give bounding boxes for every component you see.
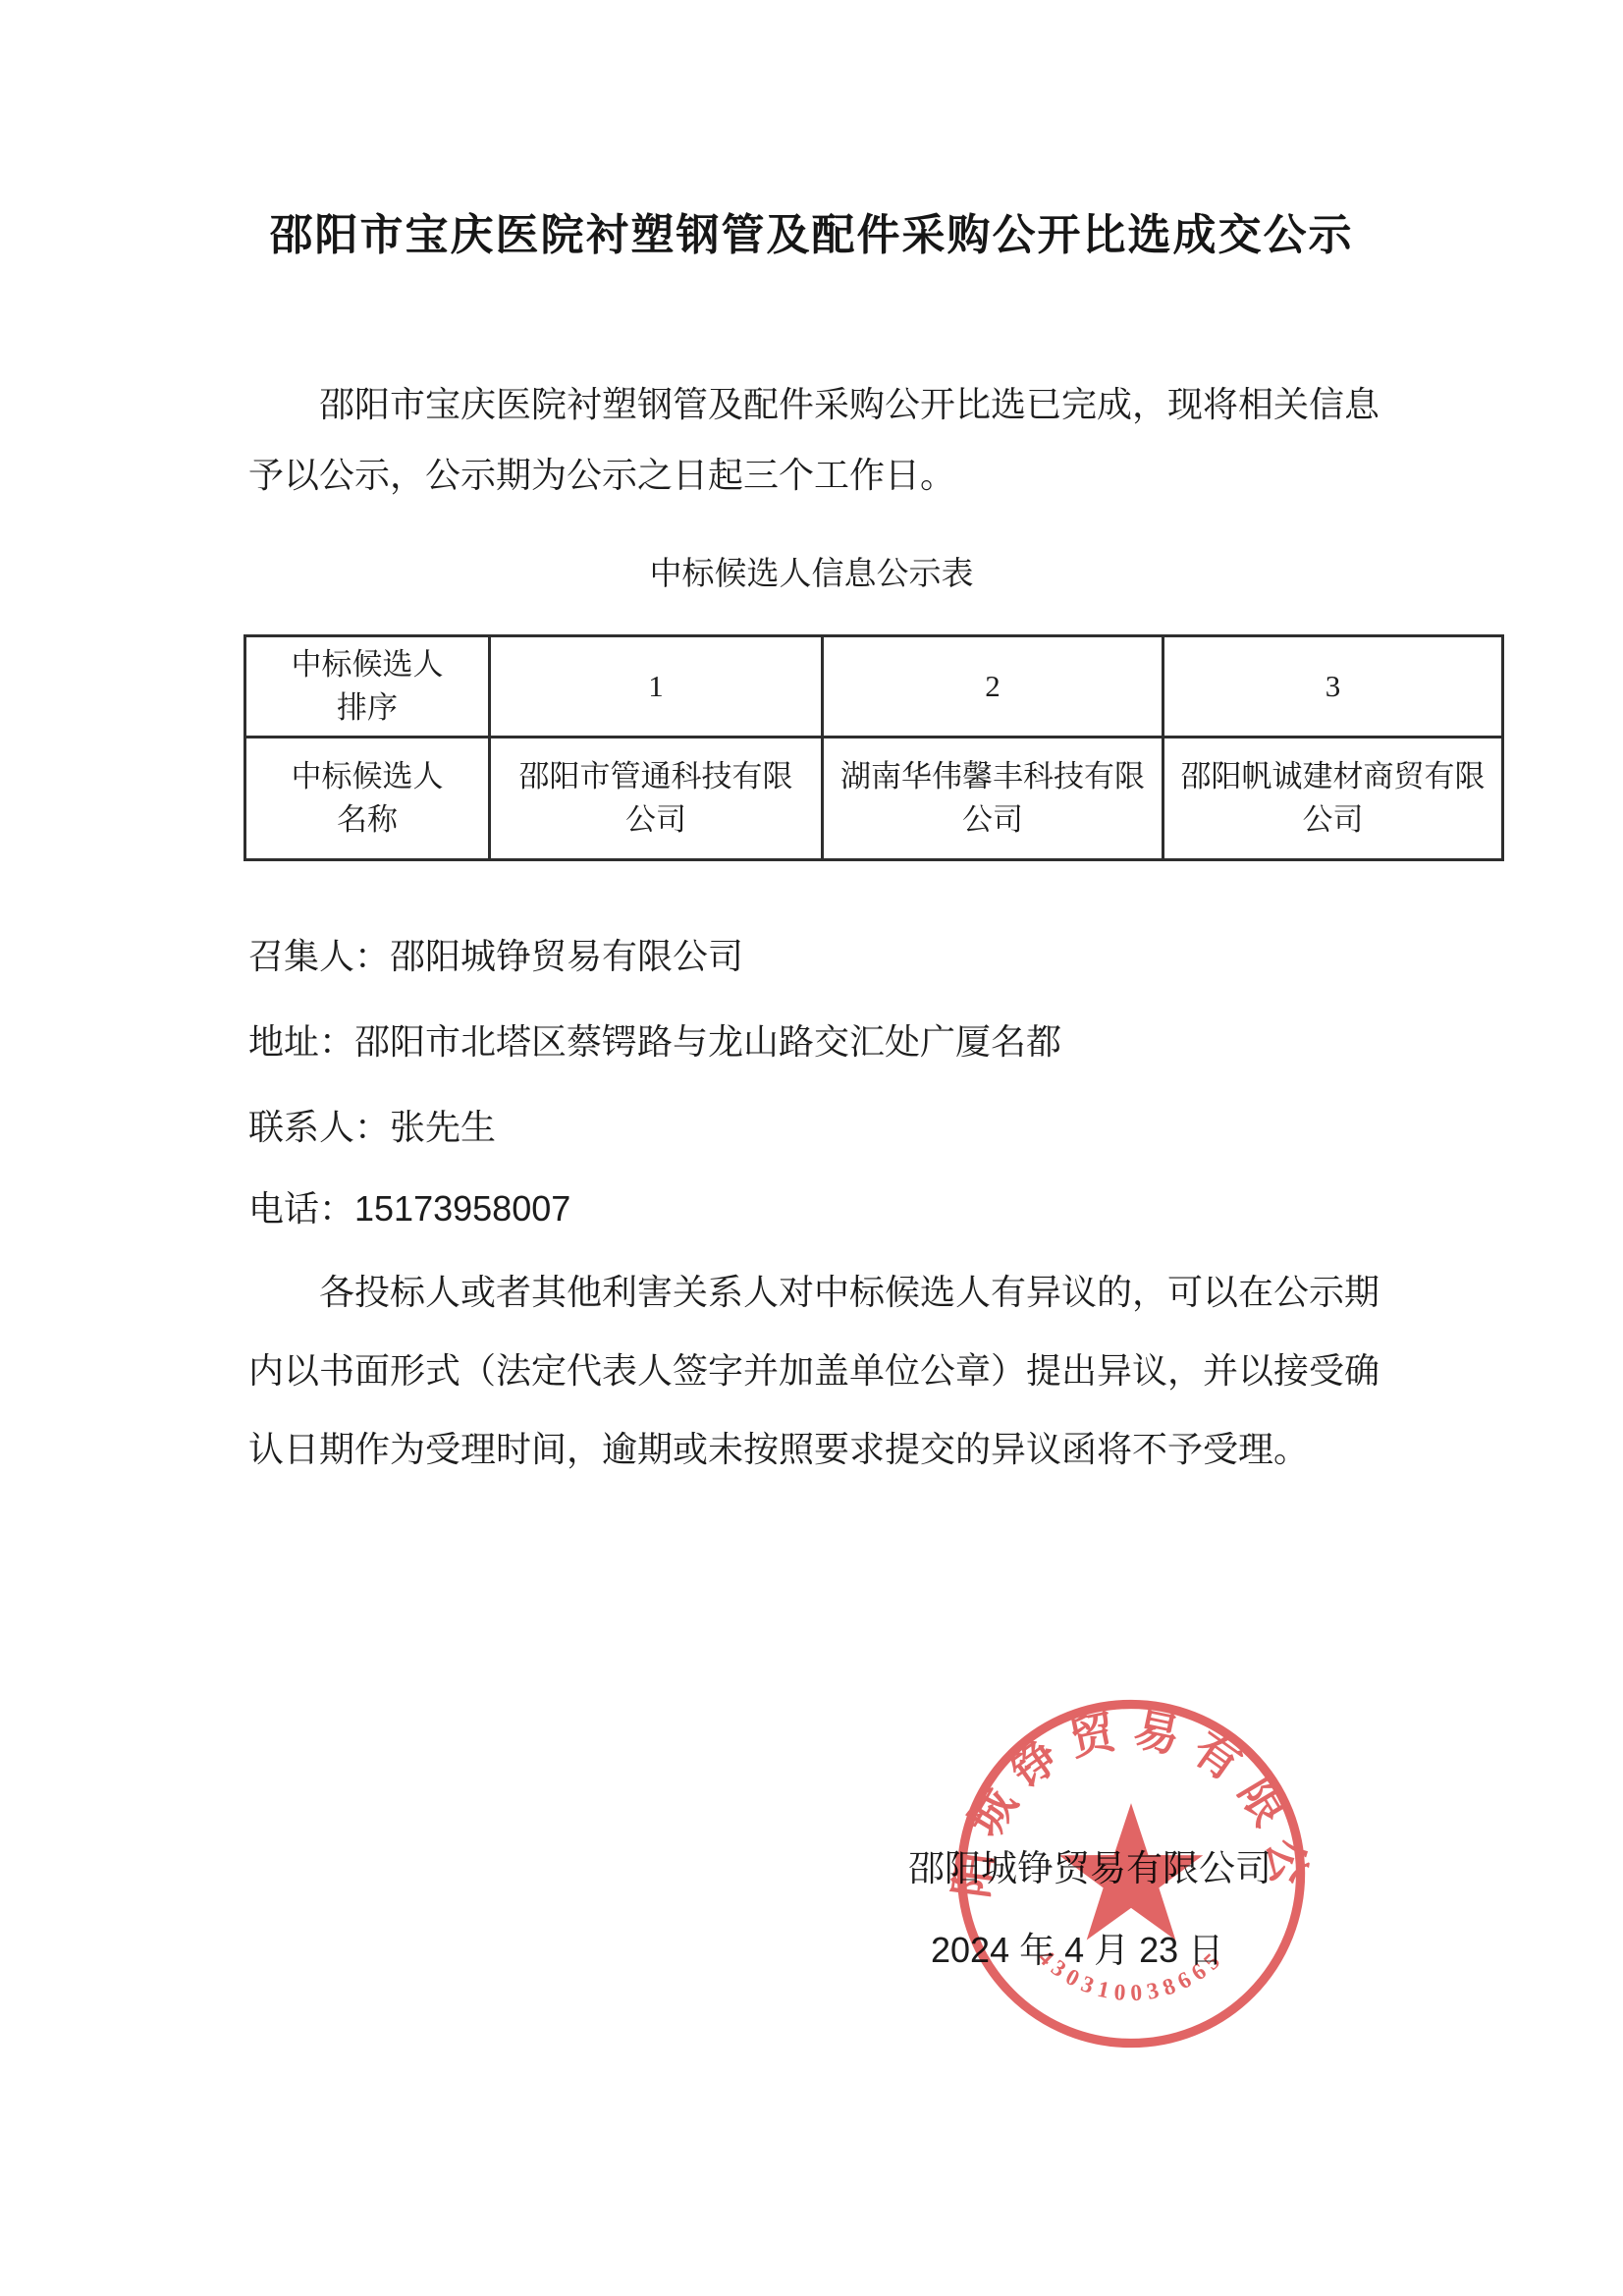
phone-label: 电话：	[248, 1189, 354, 1229]
convener-value: 邵阳城铮贸易有限公司	[390, 937, 743, 976]
candidate-name-2: 湖南华伟馨丰科技有限公司	[823, 738, 1163, 860]
contact-label: 联系人：	[248, 1108, 390, 1147]
rank-cell-3: 3	[1163, 636, 1503, 738]
document-page: 邵阳市宝庆医院衬塑钢管及配件采购公开比选成交公示 邵阳市宝庆医院衬塑钢管及配件采…	[0, 0, 1623, 2296]
convener-label: 召集人：	[248, 937, 390, 976]
phone-line: 电话：15173958007	[248, 1181, 570, 1231]
seal-code-text: 430310038665	[1033, 1944, 1229, 2006]
name-header-line2: 名称	[260, 798, 474, 842]
objection-paragraph: 各投标人或者其他利害关系人对中标候选人有异议的，可以在公示期内以书面形式（法定代…	[248, 1253, 1380, 1489]
table-title: 中标候选人信息公示表	[0, 548, 1623, 594]
rank-header-line1: 中标候选人	[260, 643, 474, 686]
intro-paragraph: 邵阳市宝庆医院衬塑钢管及配件采购公开比选已完成，现将相关信息予以公示，公示期为公…	[248, 369, 1380, 511]
star-icon	[1059, 1803, 1203, 1940]
rank-cell-2: 2	[823, 636, 1163, 738]
address-value: 邵阳市北塔区蔡锷路与龙山路交汇处广厦名都	[354, 1022, 1061, 1062]
table-row: 中标候选人 排序 1 2 3	[245, 636, 1503, 738]
company-seal-stamp: 邵阳城铮贸易有限公司 430310038665	[945, 1687, 1318, 2060]
rank-cell-1: 1	[490, 636, 823, 738]
phone-value: 15173958007	[354, 1188, 570, 1229]
name-header-line1: 中标候选人	[260, 755, 474, 798]
contact-value: 张先生	[390, 1108, 496, 1147]
candidate-name-1: 邵阳市管通科技有限公司	[490, 738, 823, 860]
table-row: 中标候选人 名称 邵阳市管通科技有限公司 湖南华伟馨丰科技有限公司 邵阳帆诚建材…	[245, 738, 1503, 860]
address-label: 地址：	[248, 1022, 354, 1062]
rank-header-line2: 排序	[260, 686, 474, 730]
name-header-cell: 中标候选人 名称	[245, 738, 490, 860]
contact-line: 联系人：张先生	[248, 1100, 496, 1150]
rank-header-cell: 中标候选人 排序	[245, 636, 490, 738]
address-line: 地址：邵阳市北塔区蔡锷路与龙山路交汇处广厦名都	[248, 1014, 1061, 1065]
candidates-table: 中标候选人 排序 1 2 3 中标候选人 名称 邵阳市管通科技有限公司 湖南华伟…	[243, 634, 1504, 861]
candidate-name-3: 邵阳帆诚建材商贸有限公司	[1163, 738, 1503, 860]
document-title: 邵阳市宝庆医院衬塑钢管及配件采购公开比选成交公示	[0, 199, 1623, 262]
convener-line: 召集人：邵阳城铮贸易有限公司	[248, 929, 743, 979]
